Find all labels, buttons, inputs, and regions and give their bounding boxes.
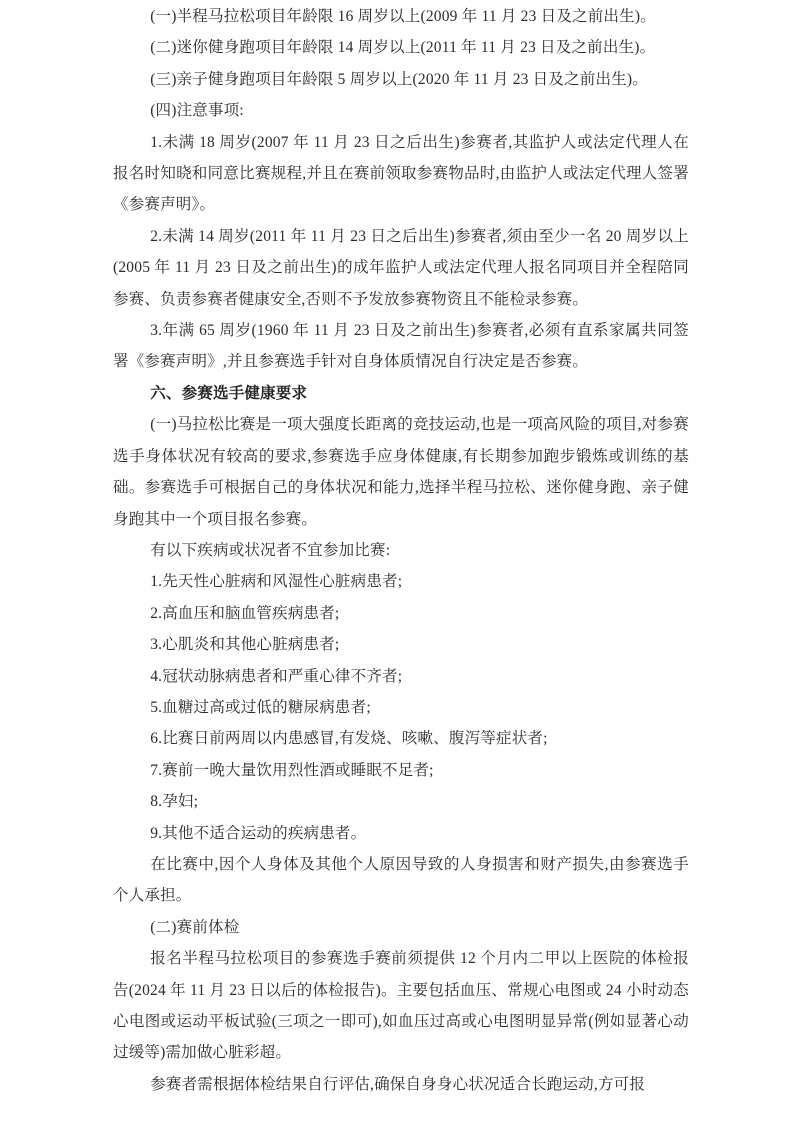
doc-paragraph: 1.未满 18 周岁(2007 年 11 月 23 日之后出生)参赛者,其监护人… (113, 127, 689, 221)
doc-paragraph: (二)赛前体检 (113, 912, 689, 943)
doc-paragraph: 3.年满 65 周岁(1960 年 11 月 23 日及之前出生)参赛者,必须有… (113, 315, 689, 378)
doc-paragraph: (三)亲子健身跑项目年龄限 5 周岁以上(2020 年 11 月 23 日及之前… (113, 64, 689, 95)
doc-paragraph: 6.比赛日前两周以内患感冒,有发烧、咳嗽、腹泻等症状者; (113, 723, 689, 754)
doc-paragraph: 5.血糖过高或过低的糖尿病患者; (113, 692, 689, 723)
doc-paragraph: 7.赛前一晚大量饮用烈性酒或睡眠不足者; (113, 755, 689, 786)
doc-paragraph: 报名半程马拉松项目的参赛选手赛前须提供 12 个月内二甲以上医院的体检报告(20… (113, 943, 689, 1069)
doc-paragraph: 在比赛中,因个人身体及其他个人原因导致的人身损害和财产损失,由参赛选手个人承担。 (113, 849, 689, 912)
section-heading: 六、参赛选手健康要求 (113, 378, 689, 409)
doc-paragraph: 参赛者需根据体检结果自行评估,确保自身身心状况适合长跑运动,方可报 (113, 1069, 689, 1100)
doc-paragraph: 2.高血压和脑血管疾病患者; (113, 598, 689, 629)
document-page: (一)半程马拉松项目年龄限 16 周岁以上(2009 年 11 月 23 日及之… (0, 0, 800, 1131)
doc-paragraph: 4.冠状动脉病患者和严重心律不齐者; (113, 661, 689, 692)
doc-paragraph: (一)半程马拉松项目年龄限 16 周岁以上(2009 年 11 月 23 日及之… (113, 1, 689, 32)
doc-paragraph: (二)迷你健身跑项目年龄限 14 周岁以上(2011 年 11 月 23 日及之… (113, 32, 689, 63)
doc-paragraph: (一)马拉松比赛是一项大强度长距离的竞技运动,也是一项高风险的项目,对参赛选手身… (113, 409, 689, 535)
doc-paragraph: 9.其他不适合运动的疾病患者。 (113, 818, 689, 849)
document-body: (一)半程马拉松项目年龄限 16 周岁以上(2009 年 11 月 23 日及之… (113, 1, 689, 1100)
doc-paragraph: 2.未满 14 周岁(2011 年 11 月 23 日之后出生)参赛者,须由至少… (113, 221, 689, 315)
doc-paragraph: 有以下疾病或状况者不宜参加比赛: (113, 535, 689, 566)
doc-paragraph: 3.心肌炎和其他心脏病患者; (113, 629, 689, 660)
doc-paragraph: 8.孕妇; (113, 786, 689, 817)
doc-paragraph: 1.先天性心脏病和风湿性心脏病患者; (113, 566, 689, 597)
doc-paragraph: (四)注意事项: (113, 95, 689, 126)
